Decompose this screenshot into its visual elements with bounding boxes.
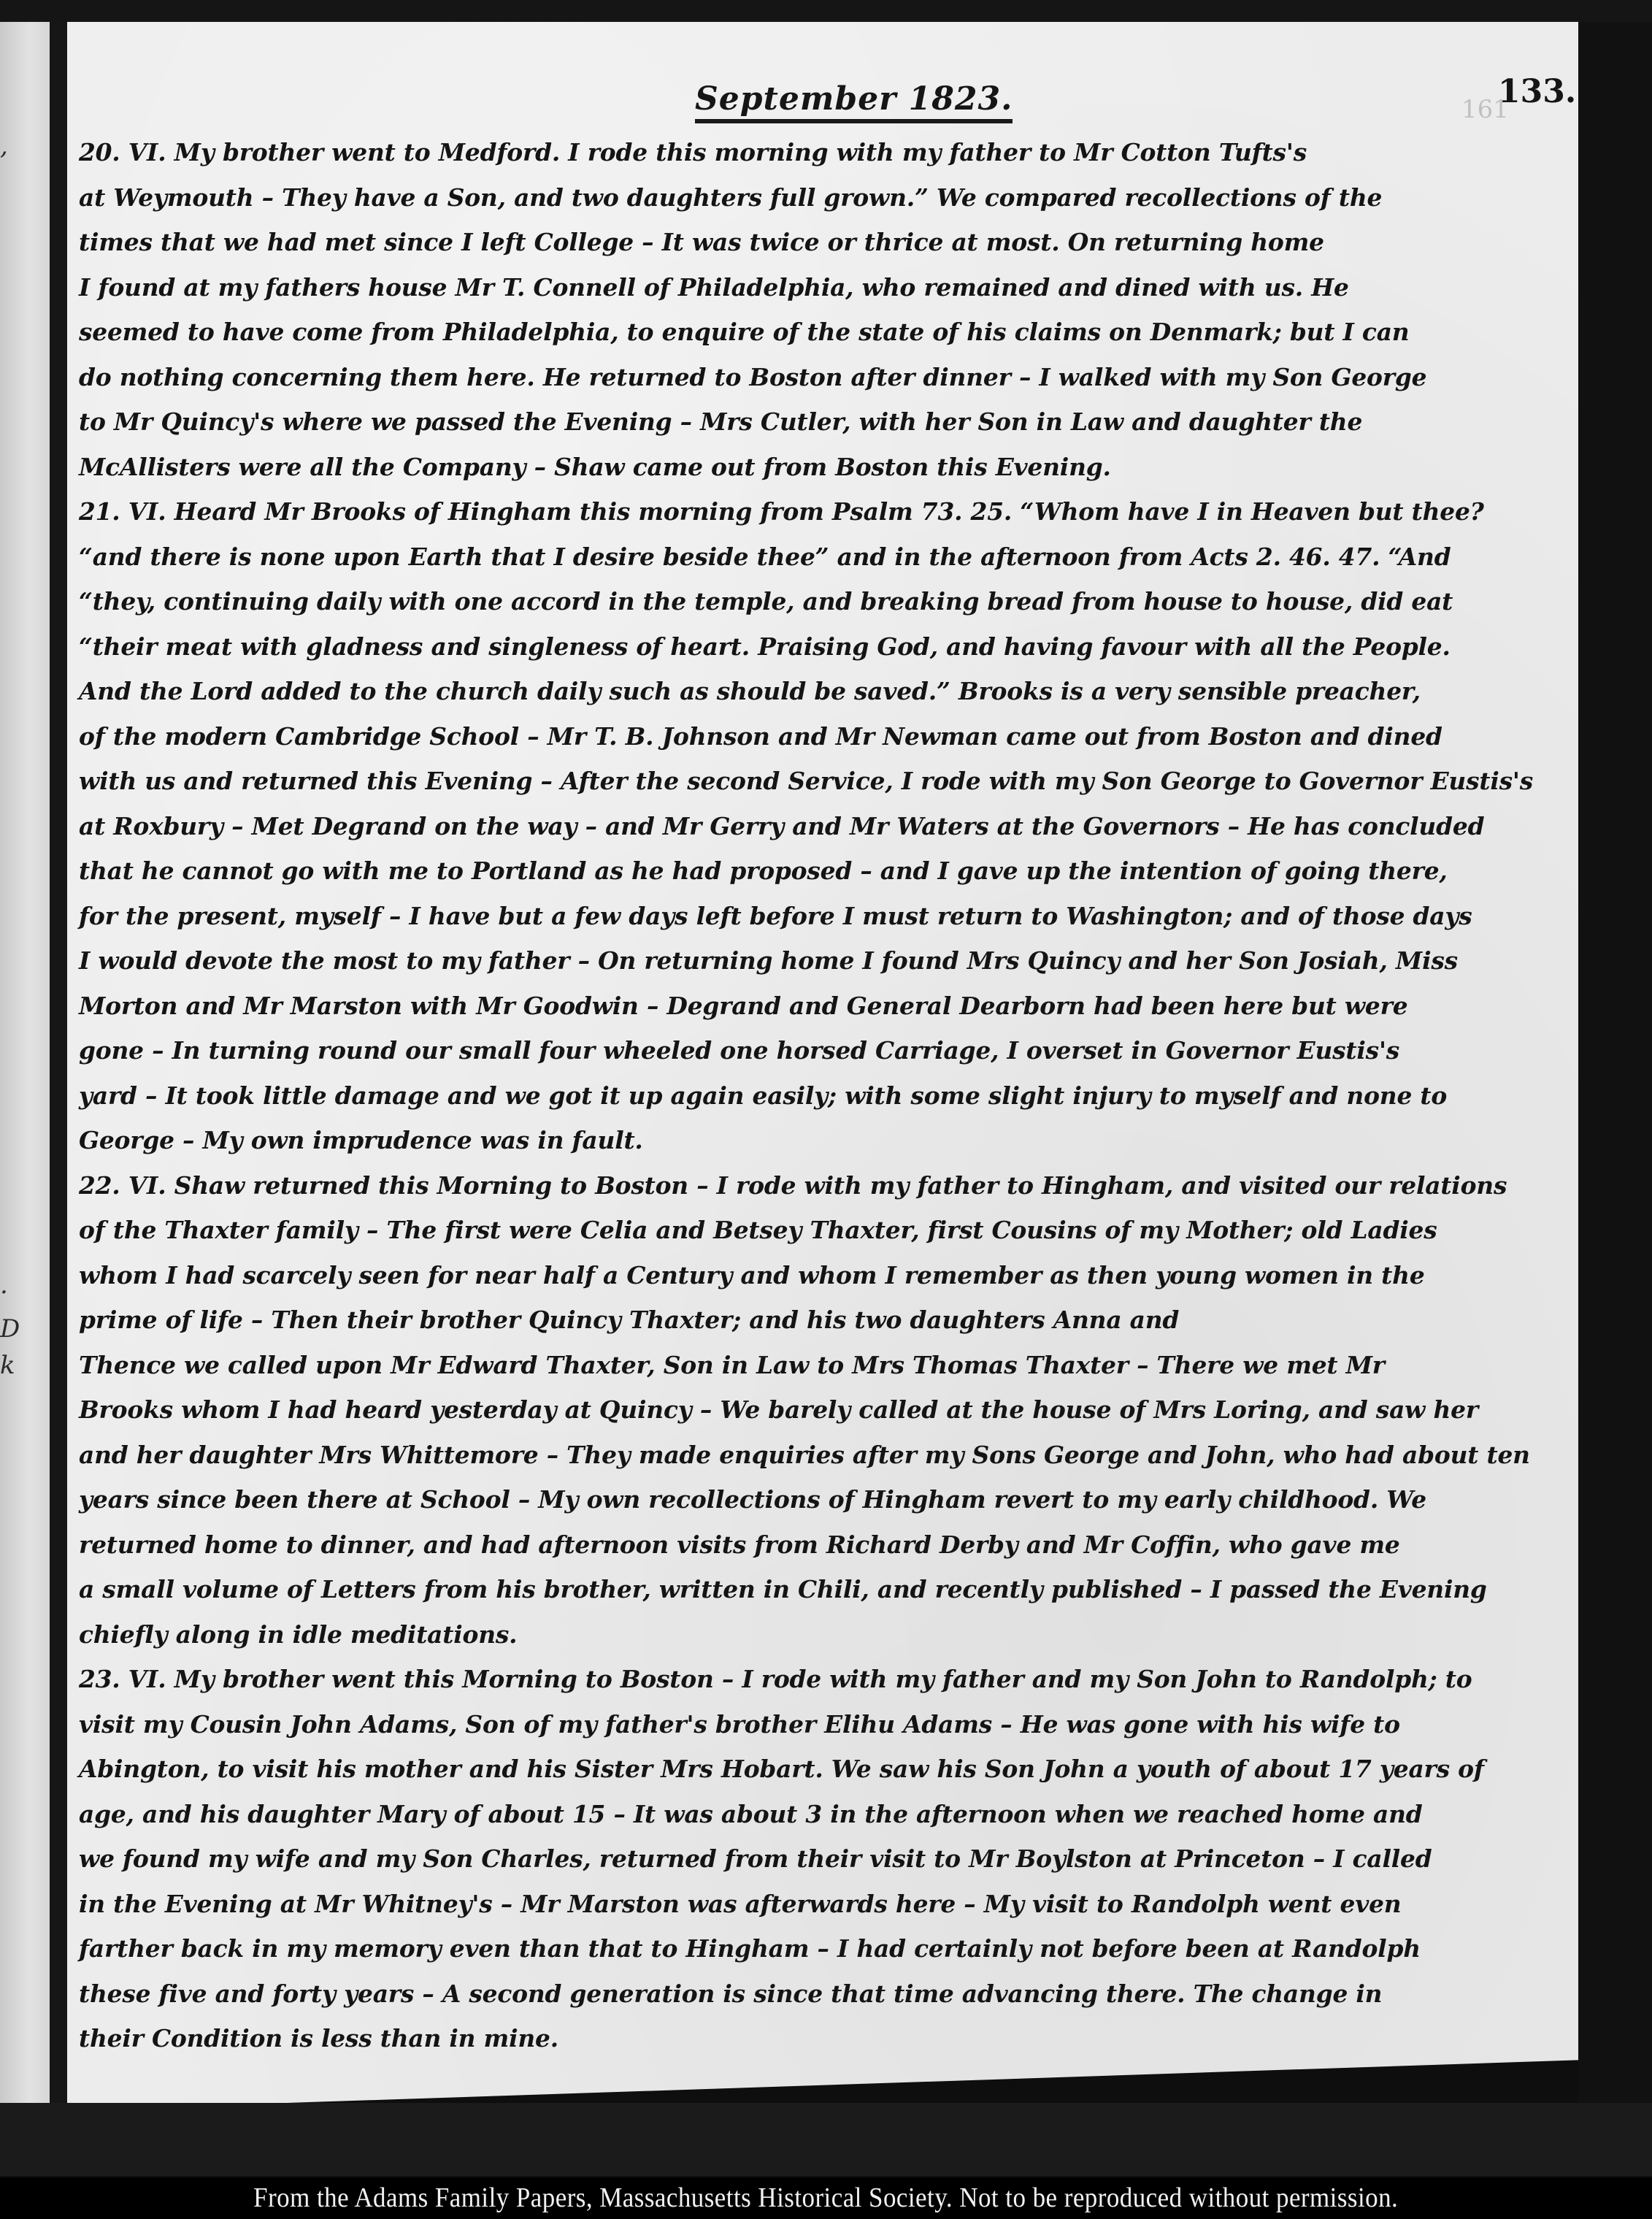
page-header: September 1823. 161 133.: [67, 73, 1578, 139]
diary-text-body: 20. VI. My brother went to Medford. I ro…: [79, 130, 1568, 2061]
diary-line: Abington, to visit his mother and his Si…: [79, 1747, 1561, 1792]
diary-line: with us and returned this Evening – Afte…: [79, 759, 1561, 804]
diary-line: prime of life – Then their brother Quinc…: [79, 1298, 1561, 1343]
month-heading: September 1823.: [695, 80, 1013, 123]
adjacent-page-mark: k: [0, 1351, 15, 1380]
diary-line: whom I had scarcely seen for near half a…: [79, 1253, 1561, 1298]
adjacent-page-edge: , . D k: [0, 22, 50, 2110]
diary-line: and her daughter Mrs Whittemore – They m…: [79, 1433, 1561, 1478]
diary-line: age, and his daughter Mary of about 15 –…: [79, 1792, 1561, 1837]
adjacent-page-mark: .: [0, 1271, 8, 1300]
diary-line: chiefly along in idle meditations.: [79, 1612, 1561, 1657]
diary-line: “their meat with gladness and singleness…: [79, 624, 1561, 670]
diary-line: farther back in my memory even than that…: [79, 1926, 1561, 1971]
diary-line: years since been there at School – My ow…: [79, 1477, 1561, 1522]
diary-line: 23. VI. My brother went this Morning to …: [79, 1657, 1561, 1702]
diary-line: 22. VI. Shaw returned this Morning to Bo…: [79, 1163, 1561, 1208]
scan-right-border: [1578, 22, 1652, 2110]
diary-line: that he cannot go with me to Portland as…: [79, 848, 1561, 894]
adjacent-page-mark: D: [0, 1314, 20, 1344]
scan-bottom-border: [0, 2103, 1652, 2176]
diary-line: gone – In turning round our small four w…: [79, 1028, 1561, 1073]
diary-line: yard – It took little damage and we got …: [79, 1073, 1561, 1119]
diary-line: a small volume of Letters from his broth…: [79, 1567, 1561, 1612]
diary-line: “they, continuing daily with one accord …: [79, 579, 1561, 624]
diary-line: George – My own imprudence was in fault.: [79, 1118, 1561, 1163]
diary-line: these five and forty years – A second ge…: [79, 1971, 1561, 2017]
diary-line: seemed to have come from Philadelphia, t…: [79, 310, 1561, 355]
diary-line: we found my wife and my Son Charles, ret…: [79, 1836, 1561, 1882]
diary-line: at Weymouth – They have a Son, and two d…: [79, 175, 1561, 221]
diary-line: And the Lord added to the church daily s…: [79, 669, 1561, 714]
diary-line: I would devote the most to my father – O…: [79, 938, 1561, 984]
diary-line: do nothing concerning them here. He retu…: [79, 355, 1561, 400]
diary-line: “and there is none upon Earth that I des…: [79, 534, 1561, 580]
diary-line: Brooks whom I had heard yesterday at Qui…: [79, 1387, 1561, 1433]
diary-line: of the Thaxter family – The first were C…: [79, 1208, 1561, 1253]
diary-line: times that we had met since I left Colle…: [79, 220, 1561, 265]
diary-line: of the modern Cambridge School – Mr T. B…: [79, 714, 1561, 759]
diary-line: 20. VI. My brother went to Medford. I ro…: [79, 130, 1561, 175]
diary-line: at Roxbury – Met Degrand on the way – an…: [79, 804, 1561, 849]
diary-line: visit my Cousin John Adams, Son of my fa…: [79, 1702, 1561, 1747]
diary-line: Morton and Mr Marston with Mr Goodwin – …: [79, 984, 1561, 1029]
copyright-footer: From the Adams Family Papers, Massachuse…: [0, 2177, 1652, 2219]
diary-line: returned home to dinner, and had afterno…: [79, 1522, 1561, 1568]
page-number: 133.: [1498, 73, 1576, 110]
diary-line: I found at my fathers house Mr T. Connel…: [79, 265, 1561, 310]
diary-line: Thence we called upon Mr Edward Thaxter,…: [79, 1343, 1561, 1388]
copyright-credit: From the Adams Family Papers, Massachuse…: [253, 2177, 1398, 2219]
diary-line: 21. VI. Heard Mr Brooks of Hingham this …: [79, 489, 1561, 534]
diary-line: to Mr Quincy's where we passed the Eveni…: [79, 399, 1561, 445]
diary-line: in the Evening at Mr Whitney's – Mr Mars…: [79, 1882, 1561, 1927]
diary-line: McAllisters were all the Company – Shaw …: [79, 445, 1561, 490]
diary-line: their Condition is less than in mine.: [79, 2016, 1561, 2061]
adjacent-page-mark: ,: [0, 131, 8, 161]
diary-line: for the present, myself – I have but a f…: [79, 894, 1561, 939]
book-gutter: [50, 22, 67, 2110]
